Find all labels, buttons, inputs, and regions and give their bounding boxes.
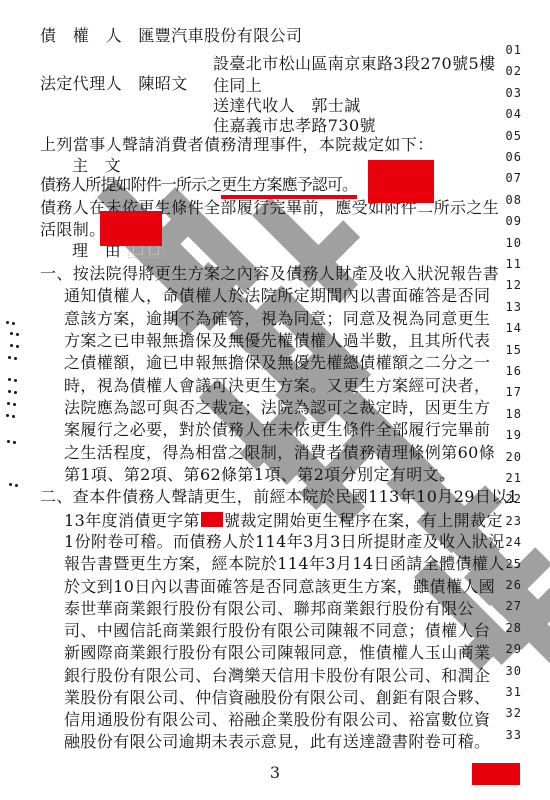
redaction-box-main-ruling xyxy=(368,160,434,203)
redaction-box-life-limit xyxy=(100,211,162,246)
binder-dot-artifact xyxy=(8,378,11,381)
binder-dot-artifact xyxy=(8,390,11,393)
court-ruling-page: 債 權 人 匯豐汽車股份有限公司設臺北市松山區南京東路3段270號5樓法定代理人… xyxy=(0,0,550,800)
binder-dot-artifact xyxy=(6,414,9,417)
redaction-box-footer xyxy=(472,763,520,785)
binder-dot-artifact xyxy=(8,356,11,359)
binder-dot-artifact xyxy=(10,344,13,347)
binder-dot-artifact xyxy=(10,332,13,335)
binder-dot-artifact xyxy=(7,402,10,405)
binder-dot-artifact xyxy=(9,483,12,486)
binder-dot-artifact xyxy=(6,321,9,324)
annotations-layer xyxy=(0,0,550,800)
binder-dot-artifact xyxy=(7,440,10,443)
